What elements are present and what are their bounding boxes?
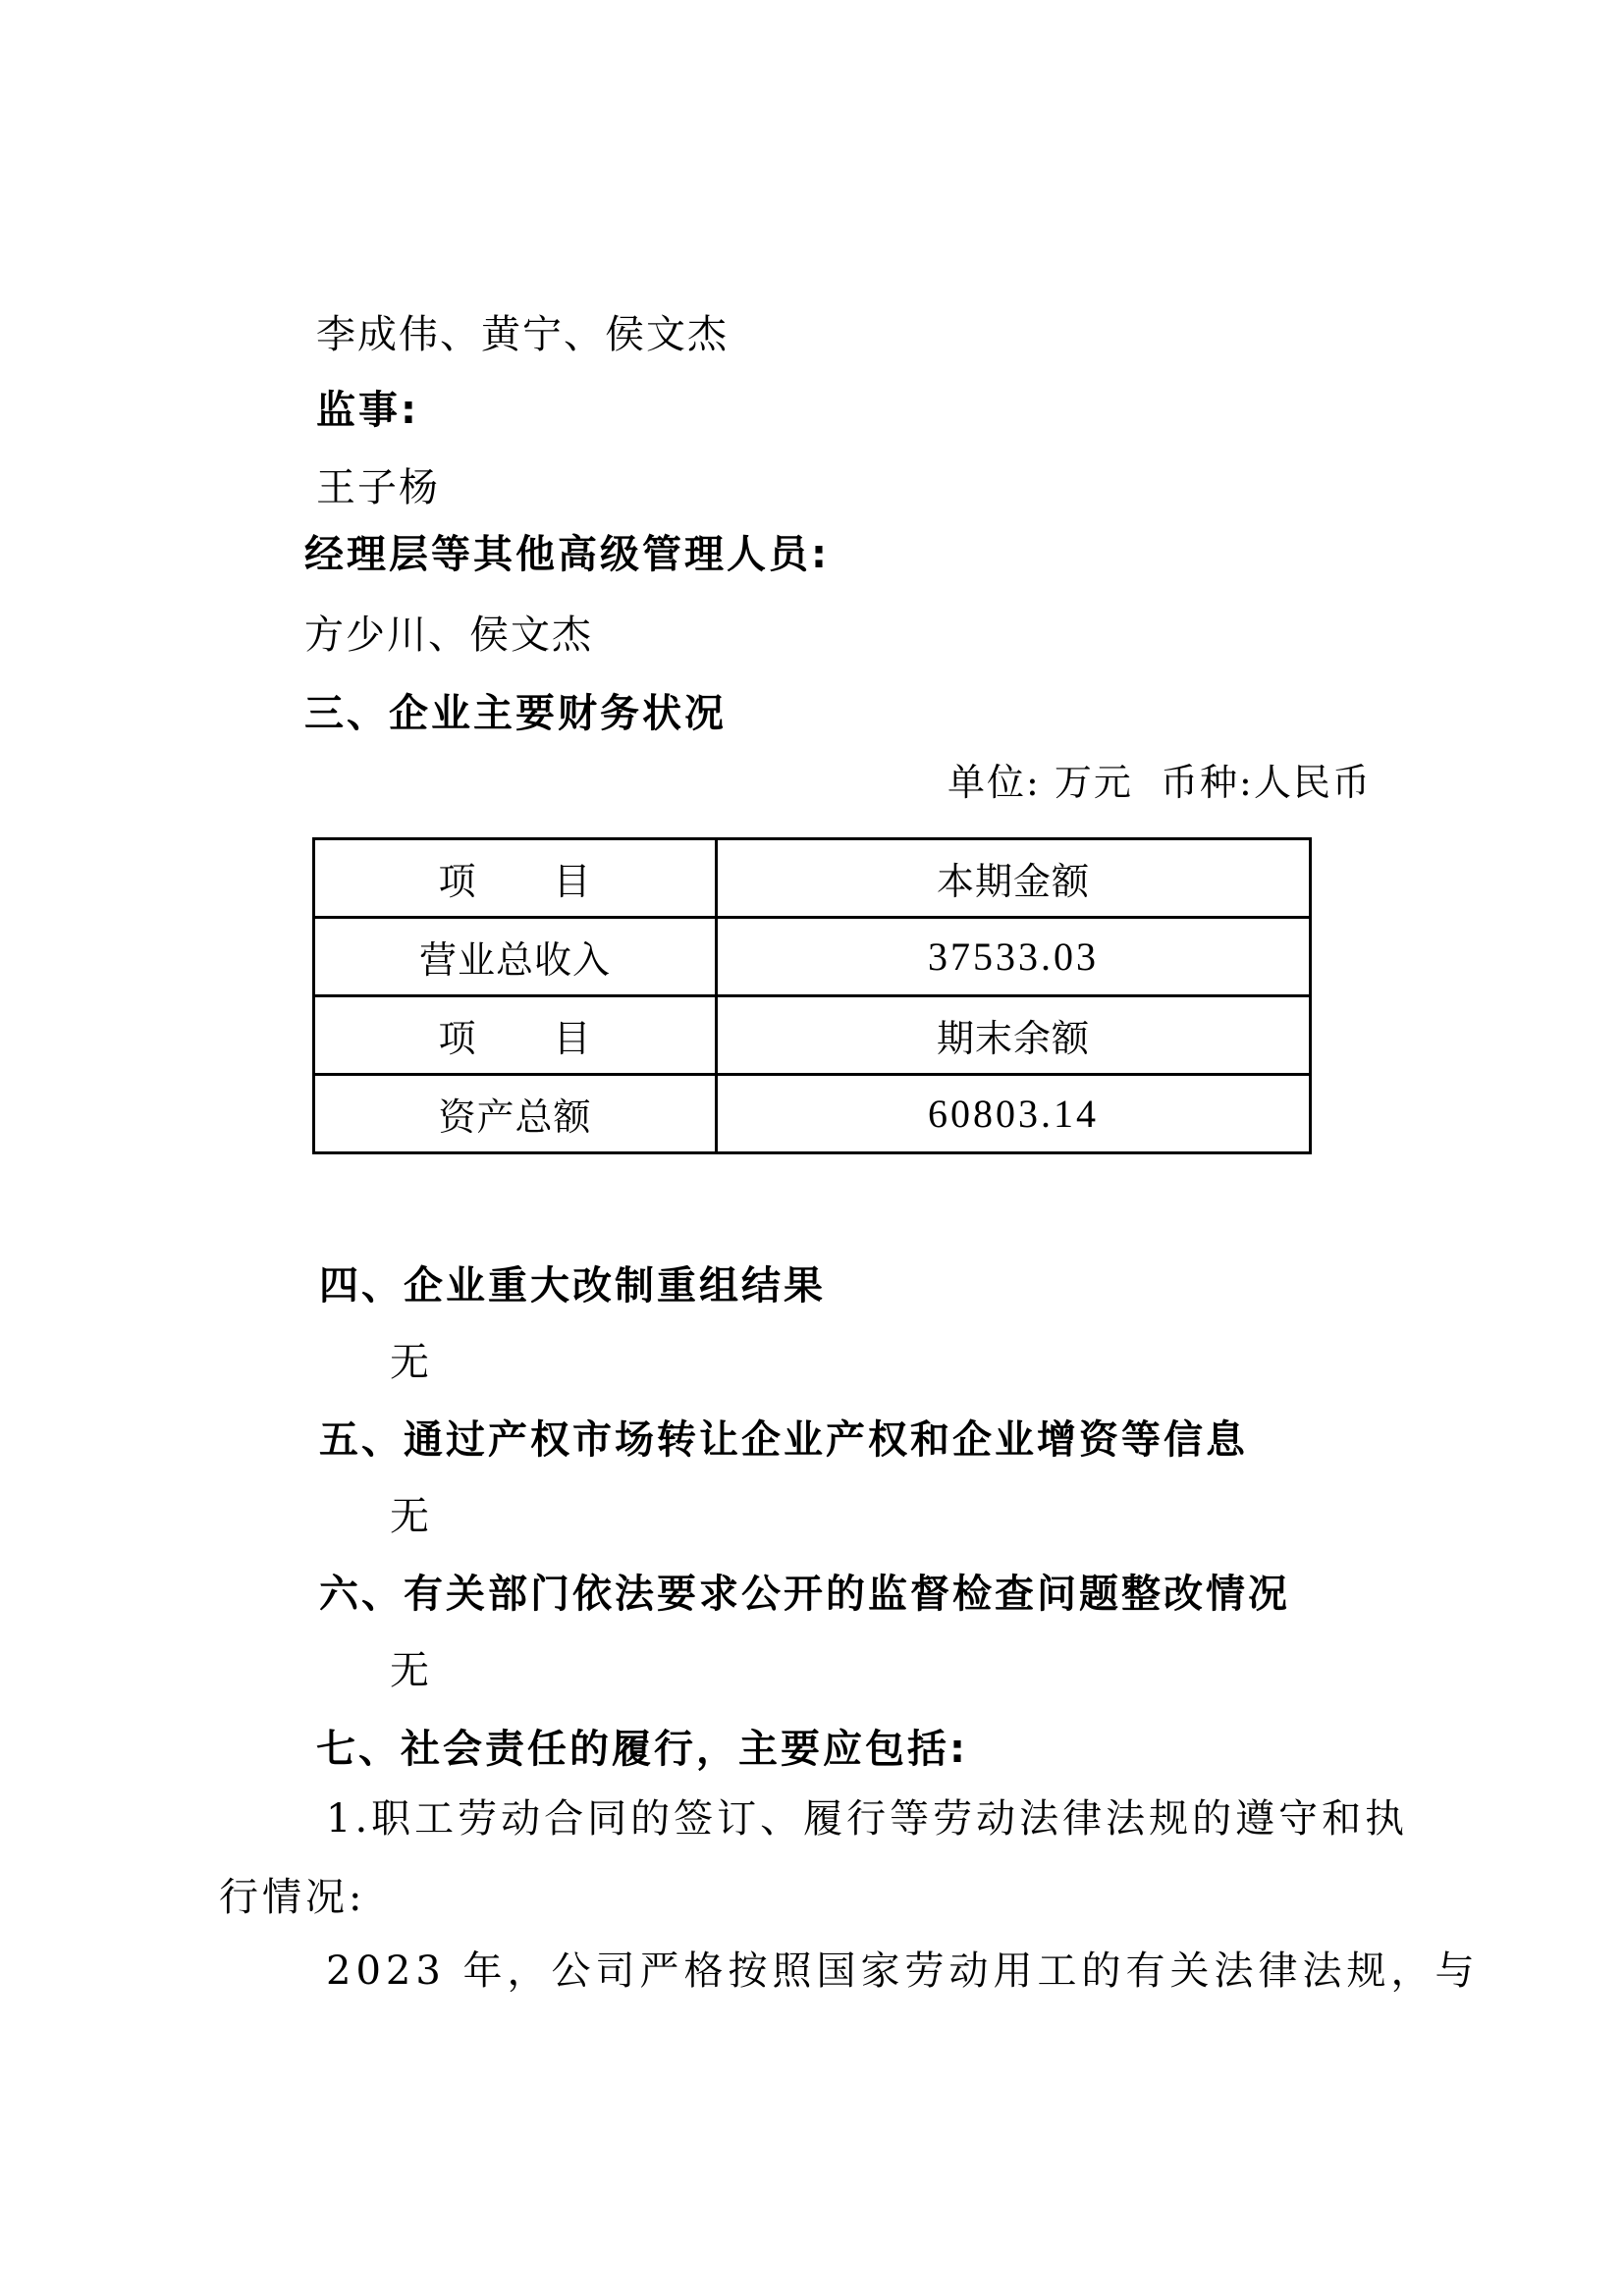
section6-heading: 六、有关部门依法要求公开的监督检查问题整改情况 bbox=[319, 1571, 1290, 1618]
directors-names: 李成伟、黄宁、侯文杰 bbox=[316, 311, 729, 358]
section5-body: 无 bbox=[390, 1493, 431, 1540]
table-row: 项 目 期末余额 bbox=[314, 996, 1311, 1075]
table-cell-value: 期末余额 bbox=[717, 996, 1311, 1075]
table-row: 项 目 本期金额 bbox=[314, 839, 1311, 918]
supervisors-label: 监事: bbox=[316, 387, 419, 434]
section7-item1-line2: 行情况: bbox=[219, 1874, 365, 1921]
table-row: 营业总收入 37533.03 bbox=[314, 918, 1311, 996]
section4-heading: 四、企业重大改制重组结果 bbox=[319, 1262, 826, 1309]
table-cell-value: 37533.03 bbox=[717, 918, 1311, 996]
section3-heading: 三、企业主要财务状况 bbox=[304, 690, 727, 737]
section7-heading: 七、社会责任的履行，主要应包括: bbox=[316, 1726, 968, 1773]
table-row: 资产总额 60803.14 bbox=[314, 1075, 1311, 1153]
table-cell-label: 营业总收入 bbox=[314, 918, 717, 996]
table-cell-value: 本期金额 bbox=[717, 839, 1311, 918]
section6-body: 无 bbox=[390, 1647, 431, 1694]
table-cell-label: 项 目 bbox=[314, 839, 717, 918]
table-cell-label: 资产总额 bbox=[314, 1075, 717, 1153]
managers-label: 经理层等其他高级管理人员: bbox=[304, 531, 830, 578]
managers-names: 方少川、侯文杰 bbox=[304, 612, 593, 659]
section7-item1-line1: 1.职工劳动合同的签订、履行等劳动法律法规的遵守和执 bbox=[326, 1795, 1408, 1842]
section7-paragraph: 2023 年，公司严格按照国家劳动用工的有关法律法规，与 bbox=[326, 1948, 1480, 1995]
section5-heading: 五、通过产权市场转让企业产权和企业增资等信息 bbox=[319, 1416, 1248, 1464]
unit-note: 单位: 万元 币种:人民币 bbox=[947, 759, 1372, 806]
section4-body: 无 bbox=[390, 1339, 431, 1386]
table-cell-value: 60803.14 bbox=[717, 1075, 1311, 1153]
supervisors-names: 王子杨 bbox=[316, 464, 440, 511]
table-cell-label: 项 目 bbox=[314, 996, 717, 1075]
financial-table: 项 目 本期金额 营业总收入 37533.03 项 目 期末余额 资产总额 60… bbox=[312, 837, 1312, 1154]
